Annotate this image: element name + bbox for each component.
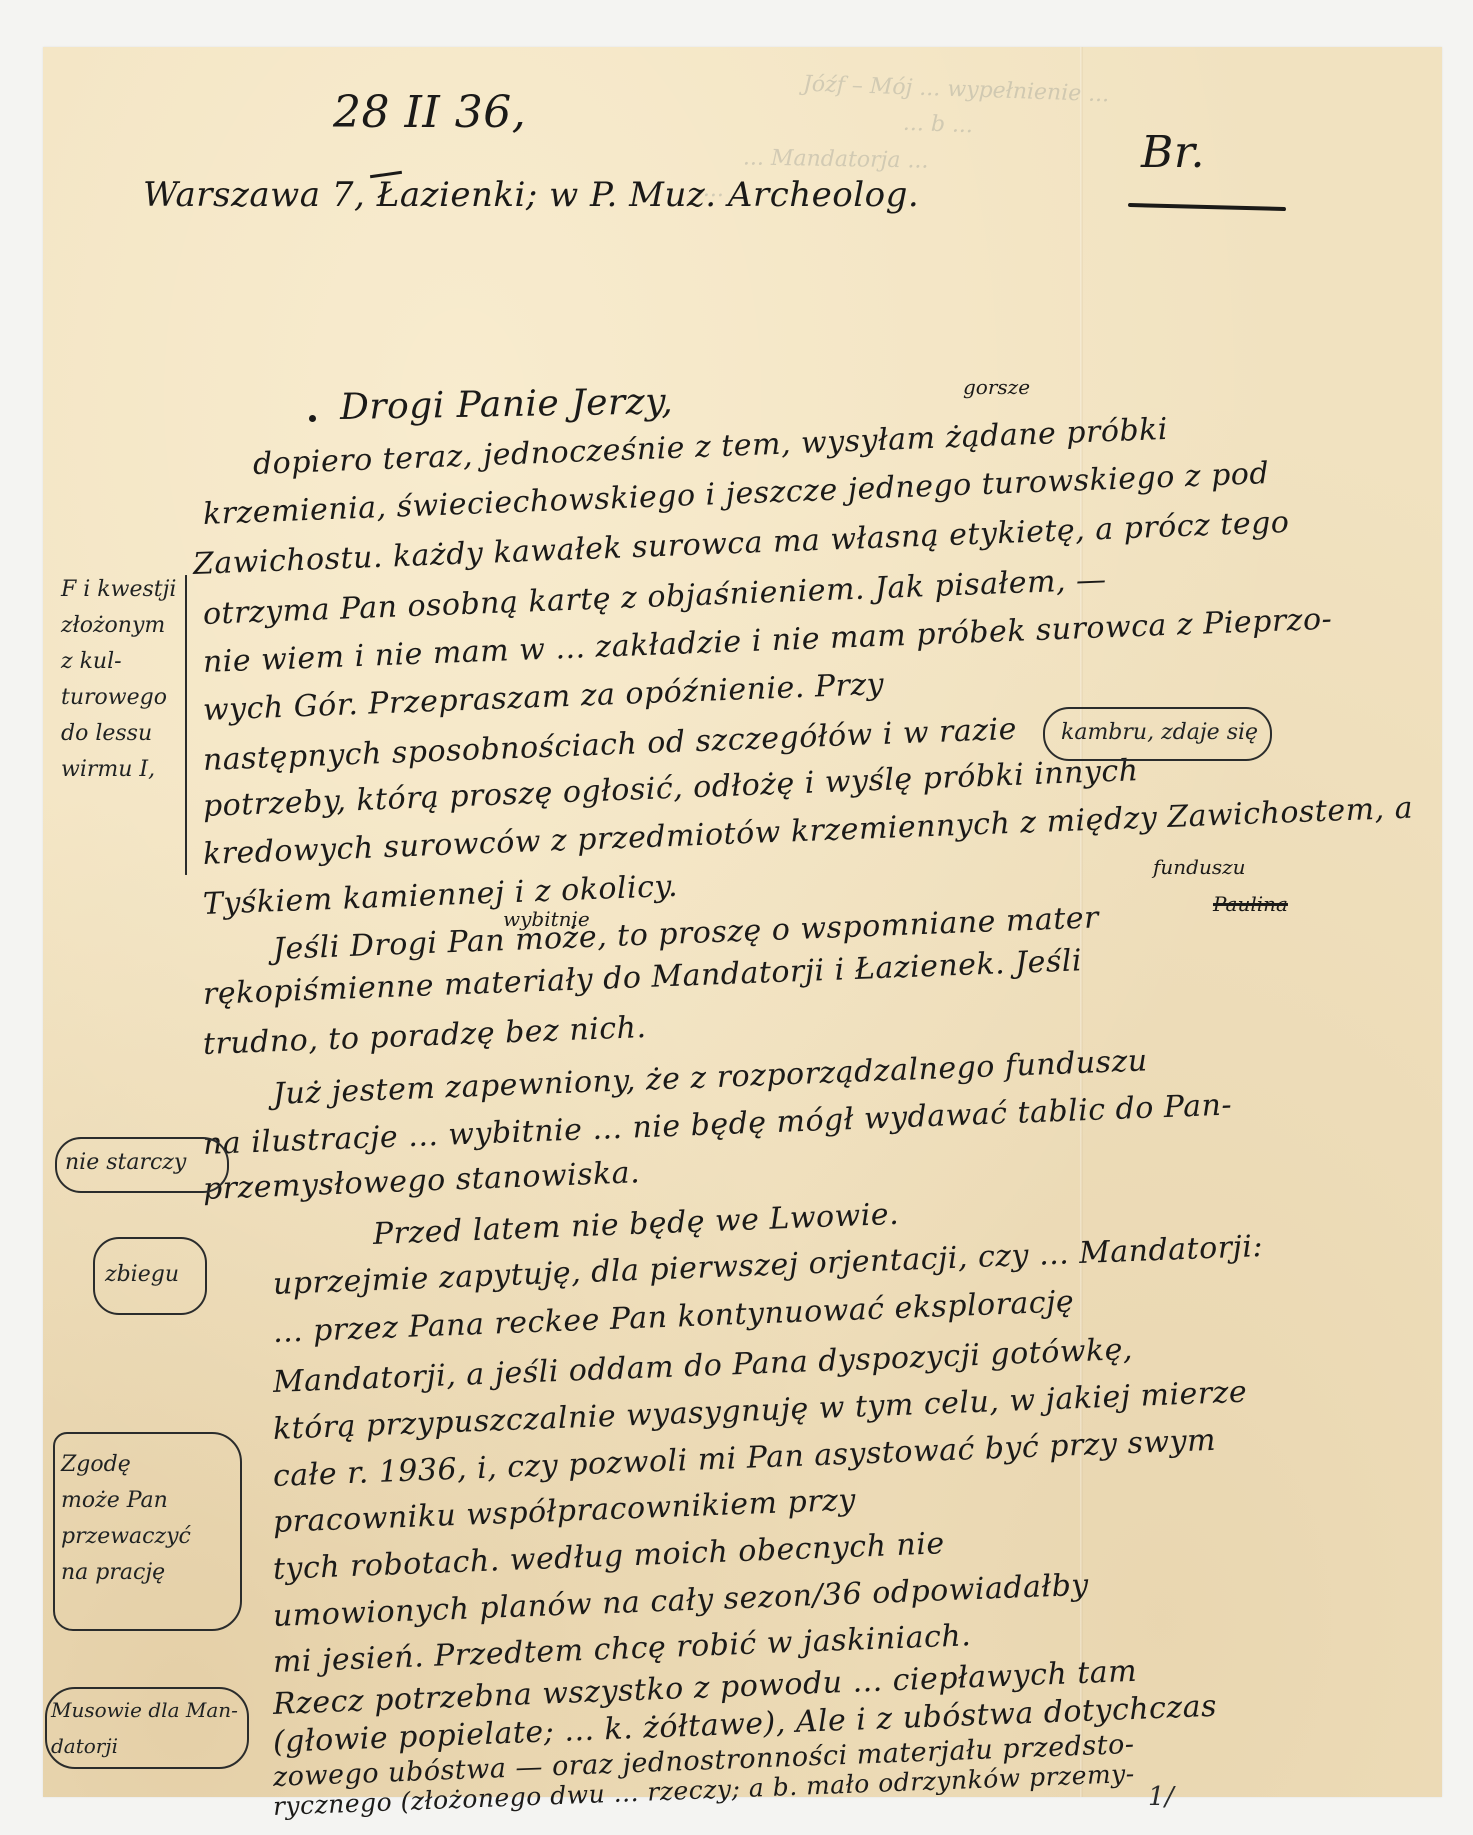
margin-note: Musowie dla Man- datorji [51, 1692, 238, 1764]
letter-line: pracowniku współpracownikiem przy [272, 1483, 856, 1540]
margin-note: Zgodę może Pan przewaczyć na prację [61, 1447, 191, 1591]
letter-page: Jóźf – Mój ... wypełnienie ... ... b ...… [43, 47, 1442, 1797]
signature-mark: Br. [1141, 127, 1205, 178]
salutation: Drogi Panie Jerzy, [340, 381, 674, 428]
pencil-note: ... b ... [903, 111, 974, 138]
page-end-mark: 1/ [1148, 1782, 1174, 1812]
letter-line: Tyśkiem kamiennej i z okolicy. [202, 869, 678, 922]
pencil-note: Jóźf – Mój ... wypełnienie ... [803, 72, 1110, 108]
letter-line: trudno, to poradzę bez nich. [202, 1010, 647, 1062]
insertion-struck: Paulina [1213, 892, 1288, 916]
bullet-dot [309, 415, 316, 422]
signature-underline [1128, 203, 1286, 211]
sender-address: Warszawa 7, Łazienki; w P. Muz. Archeolo… [143, 175, 919, 215]
insertion-above: gorsze [963, 375, 1030, 399]
letter-line: Przed latem nie będę we Lwowie. [372, 1197, 899, 1252]
letter-date: 28 II 36, [333, 87, 526, 138]
margin-note: nie starczy [65, 1145, 186, 1181]
letter-line: przemysłowego stanowiska. [202, 1155, 640, 1207]
pencil-note: ... Mandatorja ... [743, 145, 929, 173]
margin-note: F i kwestji złożonym z kul- turowego do … [61, 572, 176, 788]
margin-note: zbiegu [105, 1257, 179, 1293]
insertion-above: funduszu [1153, 855, 1246, 879]
margin-note: kambru, zdaje się [1061, 715, 1258, 751]
